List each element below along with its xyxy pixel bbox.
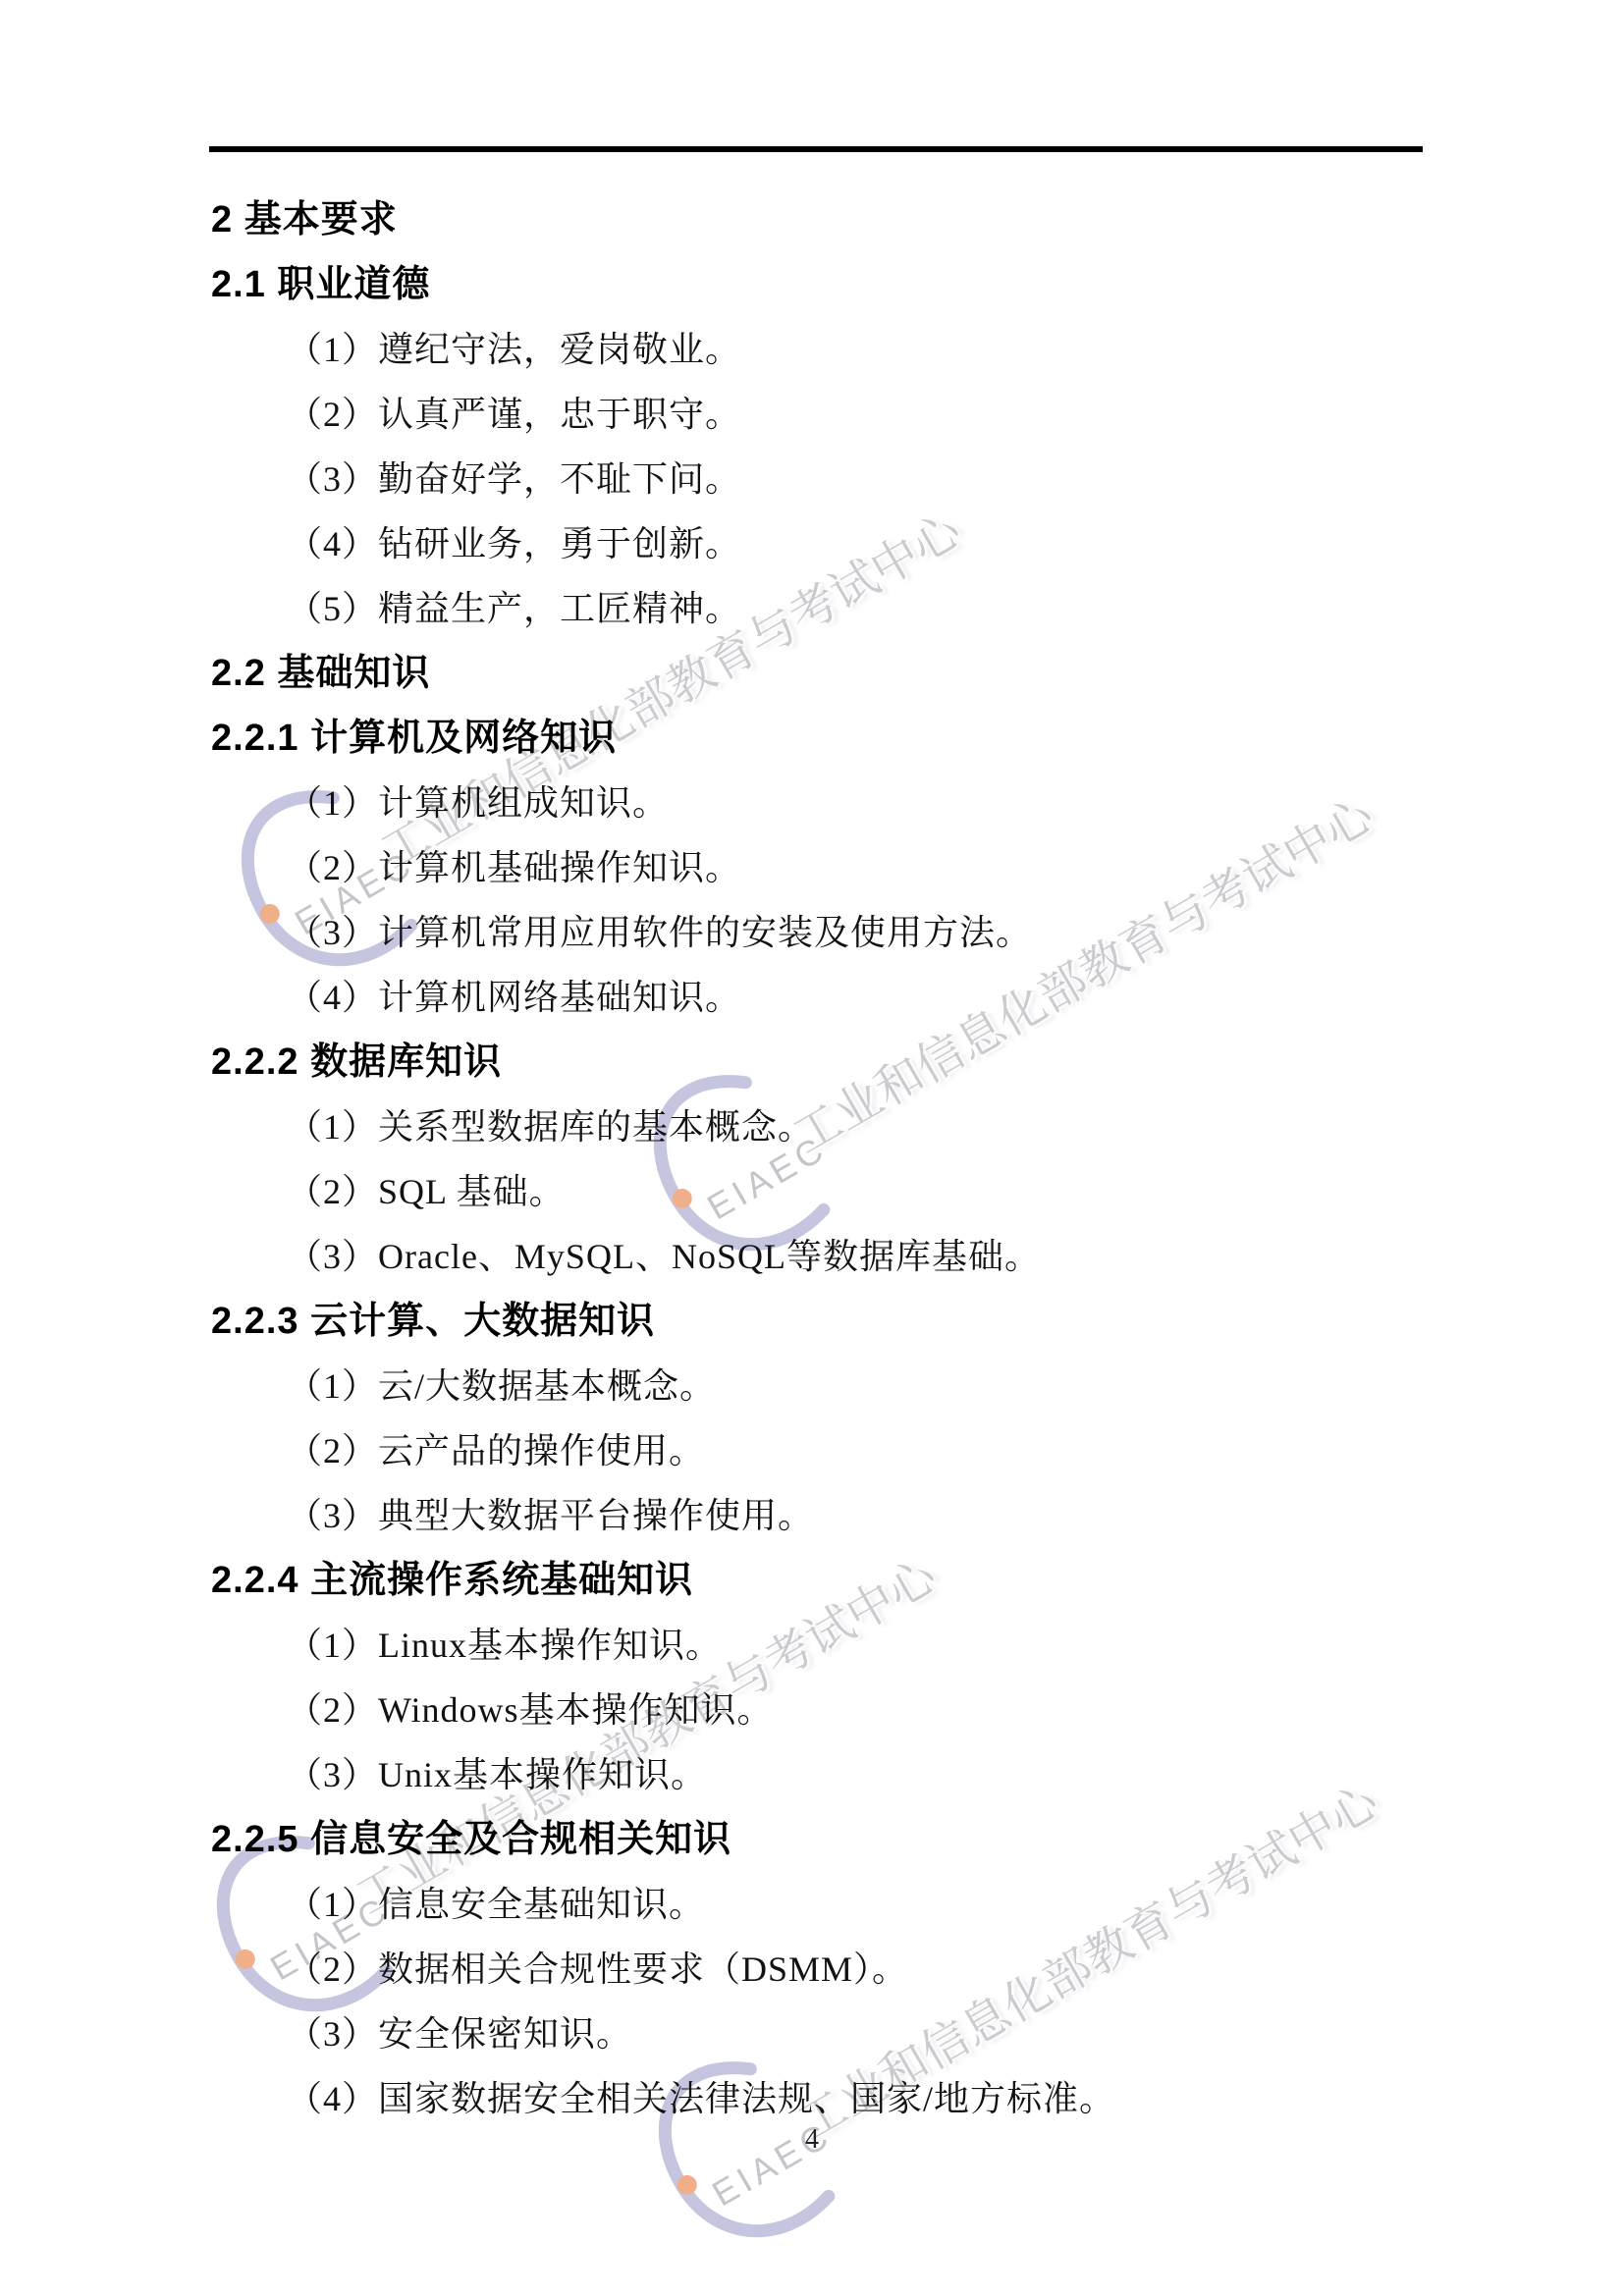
document-body: 2 基本要求2.1 职业道德（1）遵纪守法，爱岗敬业。（2）认真严谨，忠于职守。… (211, 187, 1488, 2131)
list-item: （4）计算机网络基础知识。 (211, 965, 1488, 1030)
list-item: （3）Oracle、MySQL、NoSQL等数据库基础。 (211, 1224, 1488, 1289)
list-item: （4）钻研业务，勇于创新。 (211, 511, 1488, 576)
list-item: （3）计算机常用应用软件的安装及使用方法。 (211, 900, 1488, 965)
list-item: （3）Unix基本操作知识。 (211, 1742, 1488, 1807)
list-item: （1）关系型数据库的基本概念。 (211, 1095, 1488, 1159)
list-item: （1）遵纪守法，爱岗敬业。 (211, 317, 1488, 382)
section-heading: 2.2.3 云计算、大数据知识 (211, 1289, 1488, 1354)
header-rule (209, 146, 1423, 152)
list-item: （1）计算机组成知识。 (211, 771, 1488, 835)
list-item: （2）Windows基本操作知识。 (211, 1678, 1488, 1742)
section-heading: 2.2 基础知识 (211, 641, 1488, 706)
section-heading: 2 基本要求 (211, 187, 1488, 252)
list-item: （2）云产品的操作使用。 (211, 1418, 1488, 1483)
list-item: （1）信息安全基础知识。 (211, 1872, 1488, 1937)
list-item: （5）精益生产，工匠精神。 (211, 576, 1488, 641)
list-item: （4）国家数据安全相关法律法规、国家/地方标准。 (211, 2066, 1488, 2131)
section-heading: 2.2.4 主流操作系统基础知识 (211, 1548, 1488, 1613)
list-item: （3）安全保密知识。 (211, 2002, 1488, 2066)
list-item: （3）典型大数据平台操作使用。 (211, 1483, 1488, 1548)
list-item: （2）SQL 基础。 (211, 1159, 1488, 1224)
list-item: （1）Linux基本操作知识。 (211, 1613, 1488, 1678)
section-heading: 2.2.1 计算机及网络知识 (211, 706, 1488, 771)
page-number: 4 (0, 2124, 1624, 2156)
list-item: （3）勤奋好学，不耻下问。 (211, 447, 1488, 511)
list-item: （1）云/大数据基本概念。 (211, 1354, 1488, 1418)
section-heading: 2.1 职业道德 (211, 252, 1488, 317)
section-heading: 2.2.2 数据库知识 (211, 1030, 1488, 1095)
list-item: （2）数据相关合规性要求（DSMM）。 (211, 1937, 1488, 2002)
list-item: （2）计算机基础操作知识。 (211, 835, 1488, 900)
list-item: （2）认真严谨，忠于职守。 (211, 382, 1488, 447)
section-heading: 2.2.5 信息安全及合规相关知识 (211, 1807, 1488, 1872)
